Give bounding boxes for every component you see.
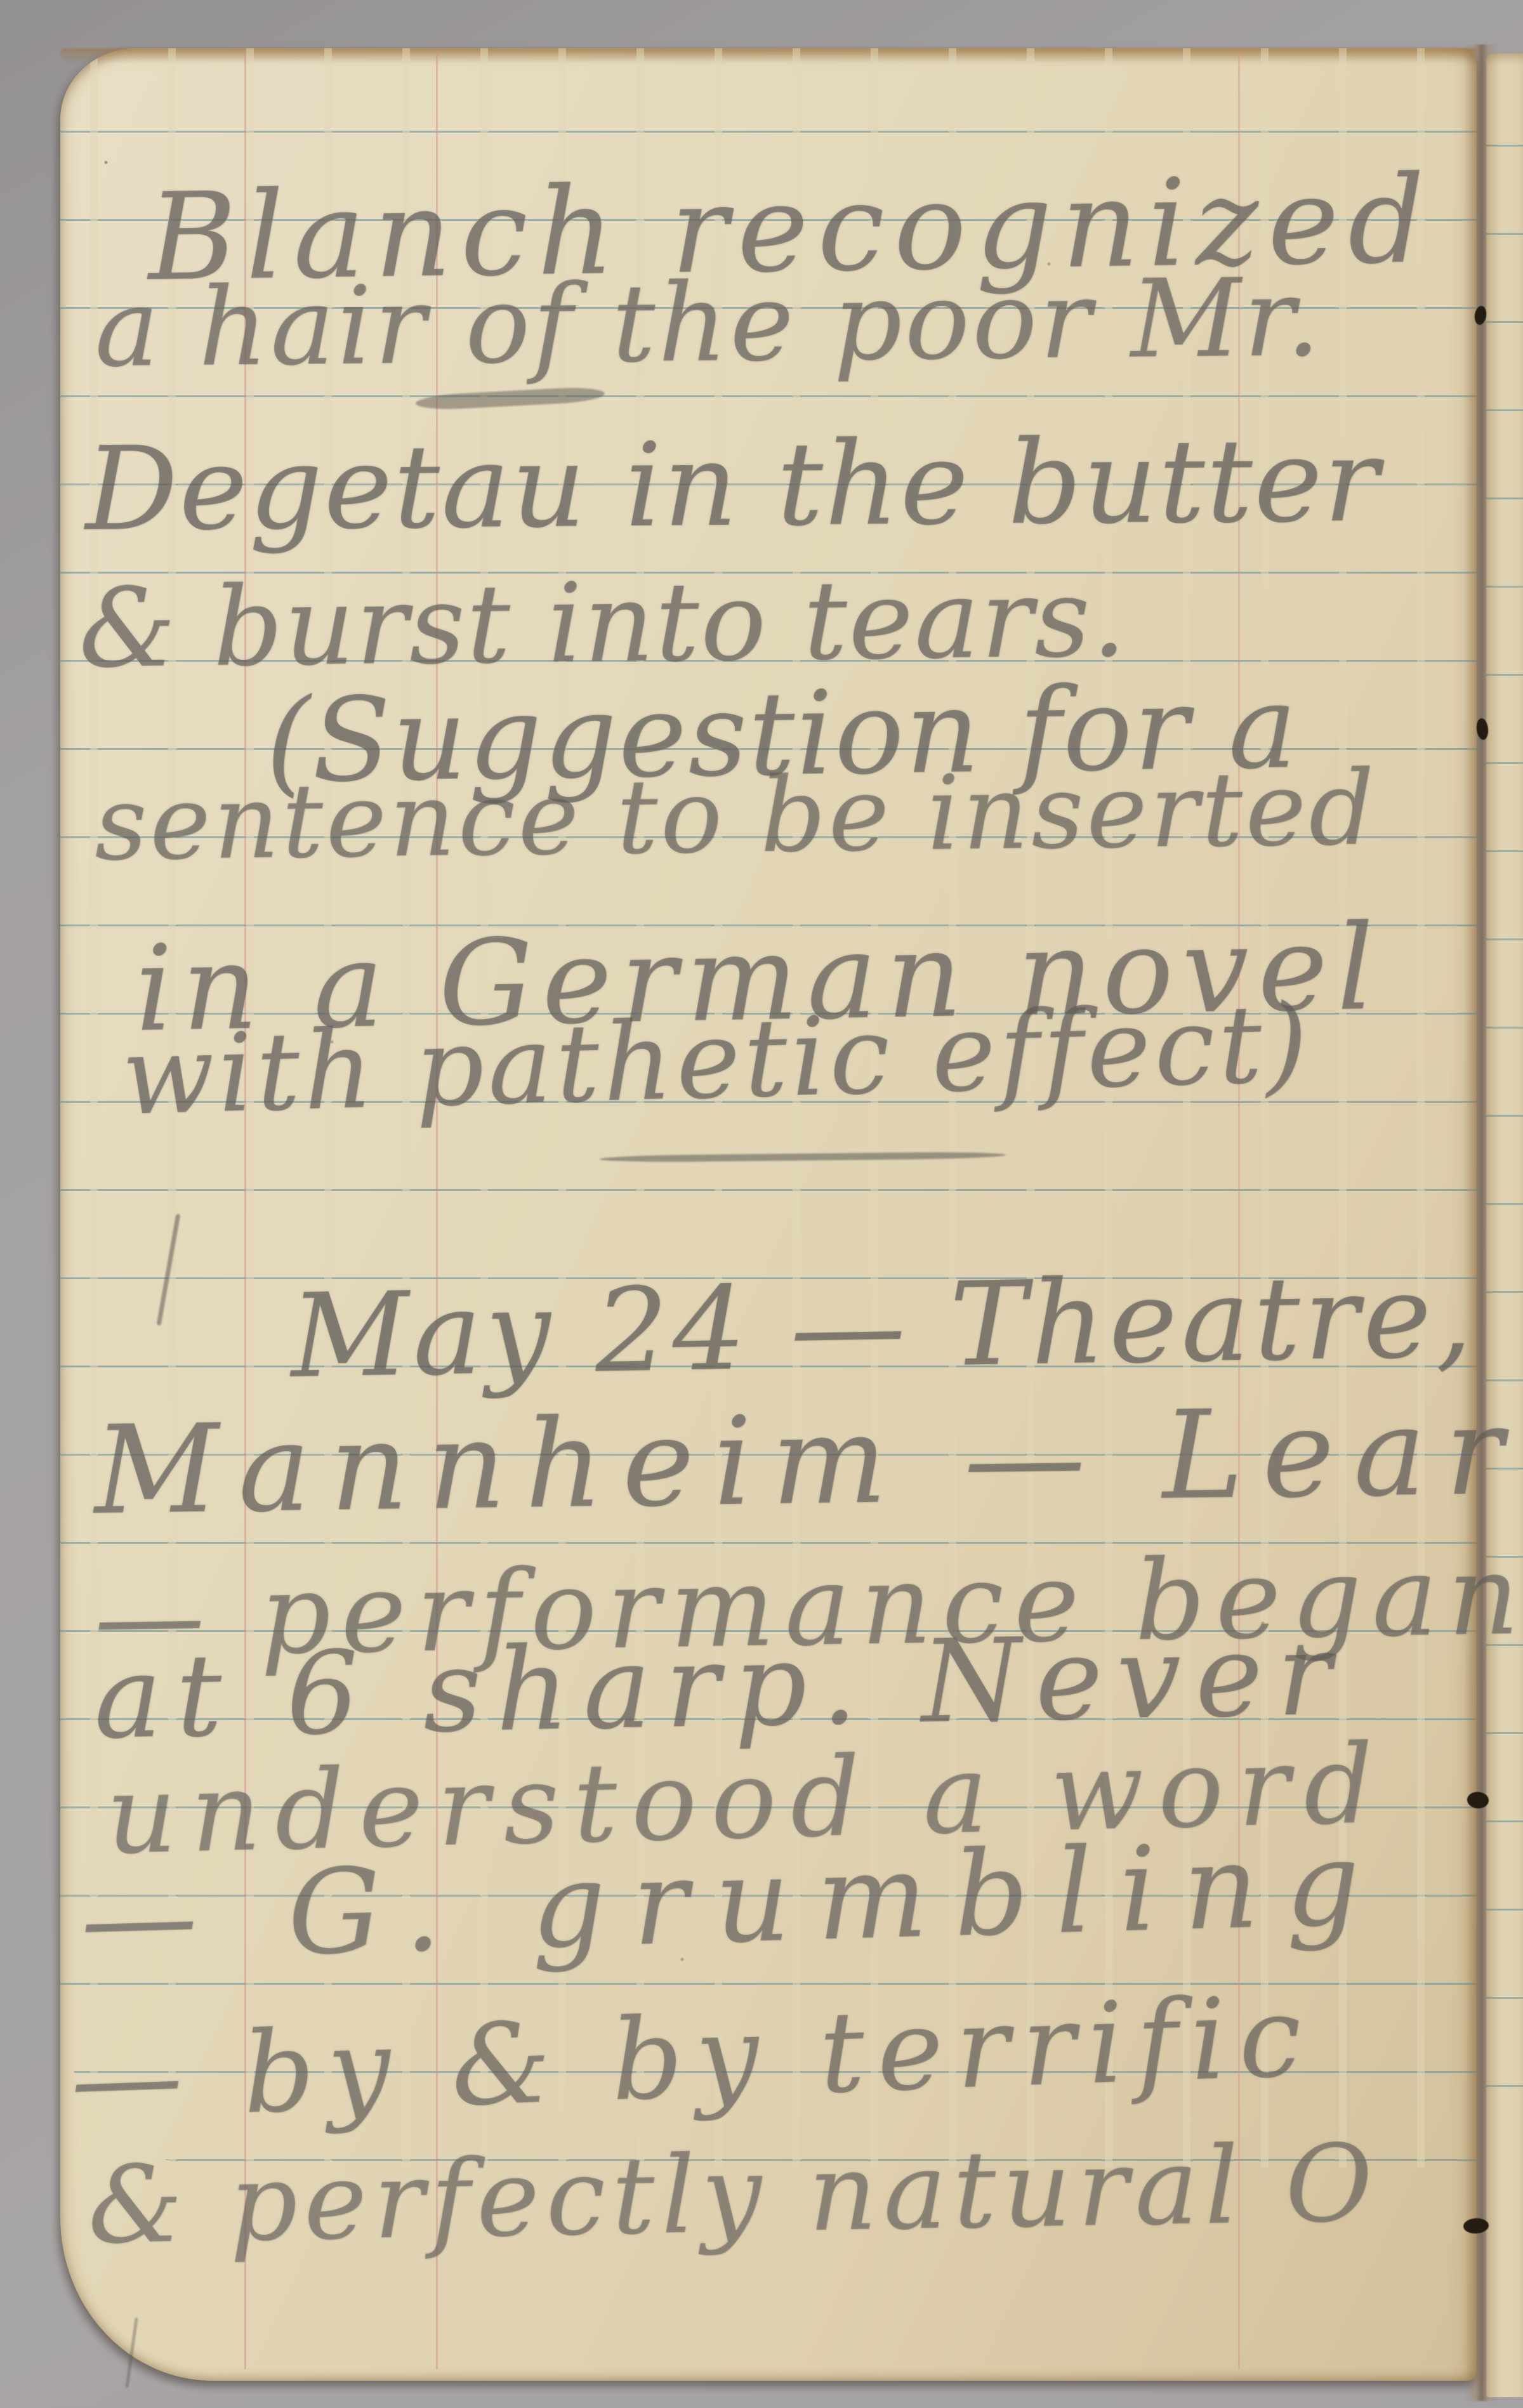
handwriting-line: sentence to be inserted — [94, 749, 1378, 884]
binding-gutter — [1465, 44, 1498, 2401]
handwriting-line: Degetau in the butter — [85, 413, 1381, 556]
handwriting-line: a hair of the poor Mr. — [94, 255, 1323, 391]
handwriting-line: May 24 — Theatre, — [289, 1248, 1477, 1404]
handwriting-line: Mannheim — Lear — [93, 1381, 1523, 1542]
scan-backdrop: Blanch recognized a hair of the poor Mr.… — [0, 0, 1523, 2408]
handwriting-line: & perfectly natural O — [87, 2121, 1380, 2268]
